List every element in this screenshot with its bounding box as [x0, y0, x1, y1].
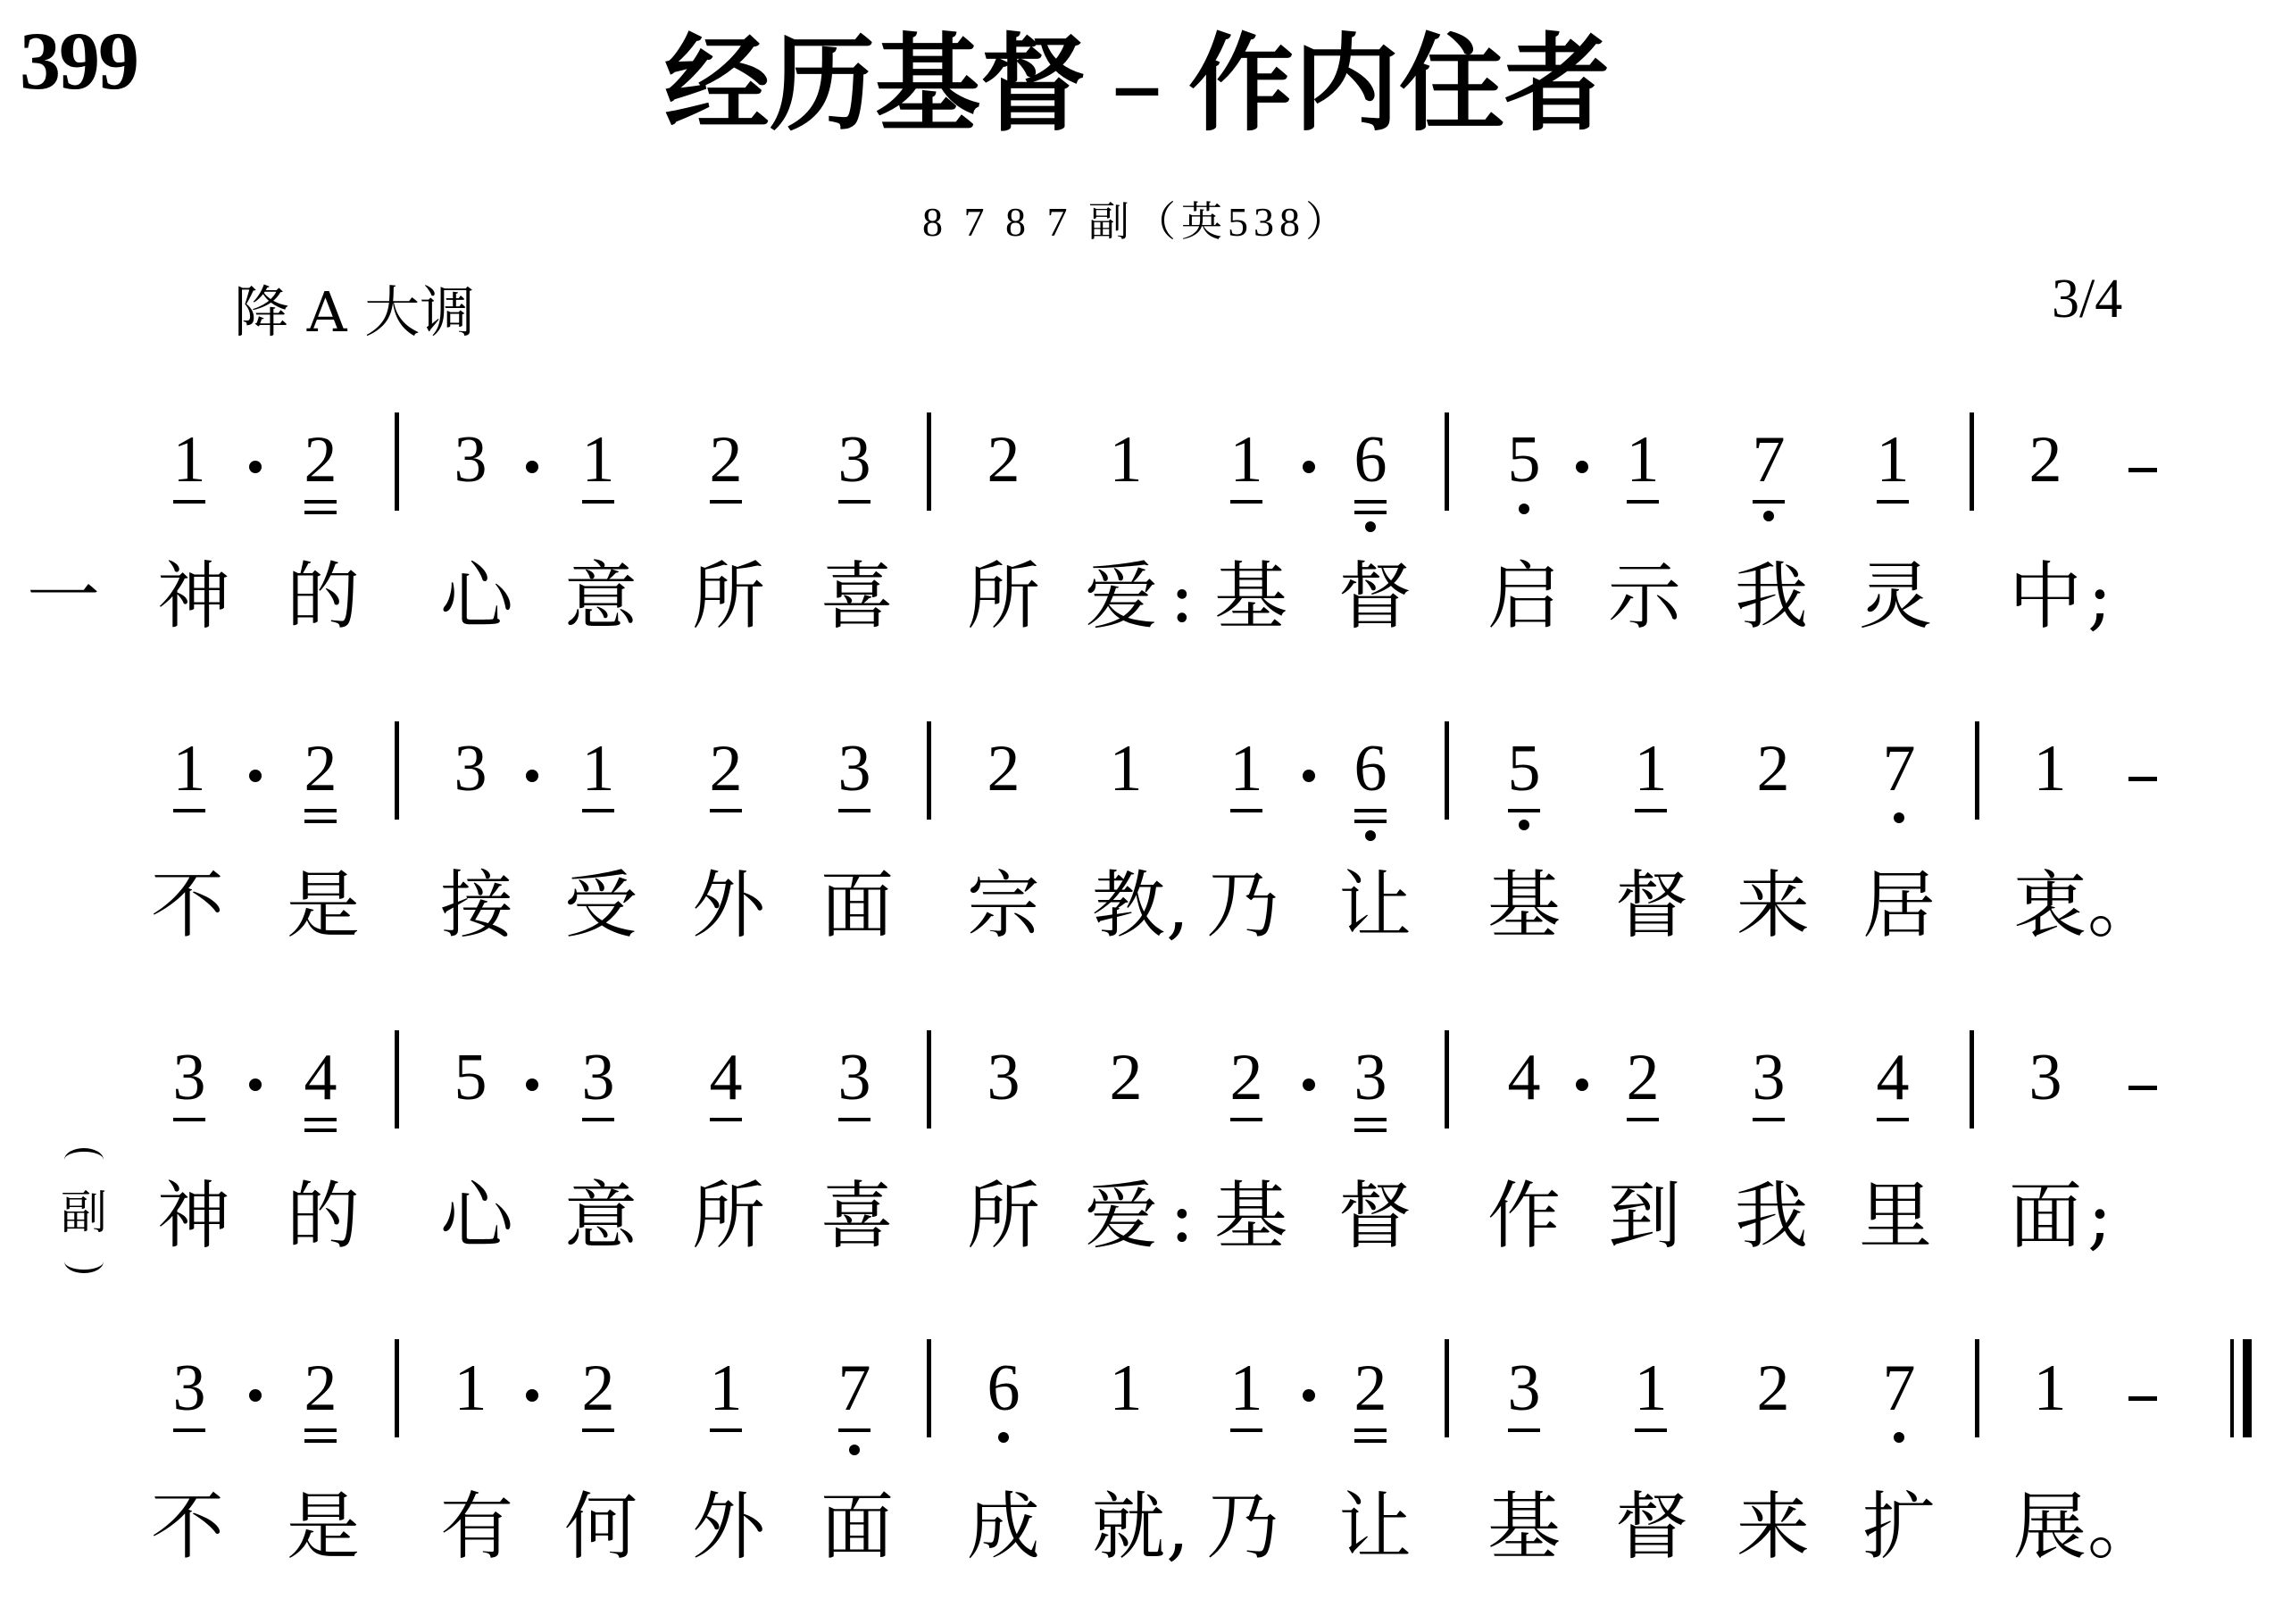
title-dash: – [1111, 22, 1163, 146]
lyric-char: 来 [1728, 1491, 1818, 1564]
note: 2 [285, 427, 356, 493]
lyric-char: 乃 [1198, 1491, 1287, 1564]
augmentation-dot [526, 1079, 538, 1091]
bar-line [927, 1030, 931, 1128]
note: 3 [819, 736, 890, 802]
note: 1 [1615, 736, 1687, 802]
bar-line [1445, 412, 1449, 511]
note: 1 [2014, 736, 2086, 802]
note: 1 [1090, 736, 1162, 802]
lyric-punctuation: , [1166, 1491, 1189, 1564]
lyric-char: 意 [556, 561, 646, 634]
lyric-char: 所 [684, 561, 773, 634]
lyric-char: 扩 [1854, 1491, 1944, 1564]
note: 2 [1607, 1045, 1678, 1111]
lyric-char: 的 [279, 1180, 368, 1253]
lyric-char: 启 [1479, 561, 1569, 634]
lyric-char: 成 [959, 1491, 1048, 1564]
augmentation-dot [526, 770, 538, 782]
lyric-char: 爱 [1077, 561, 1166, 634]
lyric-punctuation: 。 [2087, 870, 2161, 943]
note: 1 [1090, 427, 1162, 493]
note: 1 [690, 1355, 762, 1421]
note: 7 [1863, 1355, 1935, 1421]
lyric-char: 衷 [2005, 870, 2095, 943]
augmentation-dot [1303, 461, 1315, 473]
augmentation-dot [249, 1079, 262, 1091]
lyric-char: 面 [2001, 1180, 2090, 1253]
lyric-char: 基 [1479, 1491, 1569, 1564]
note: 1 [1211, 427, 1282, 493]
note: 2 [1211, 1045, 1282, 1111]
note: 5 [1488, 736, 1560, 802]
note: 3 [2010, 1045, 2081, 1111]
chorus-label: 副 [57, 1148, 111, 1273]
note: 3 [1335, 1045, 1406, 1111]
lyric-char: 督 [1607, 870, 1696, 943]
key-signature: 降 A 大调 [234, 268, 475, 347]
lyric-char: 来 [1728, 870, 1818, 943]
lyric-char: 面 [812, 870, 902, 943]
augmentation-dot [1303, 1389, 1315, 1402]
bar-line [1445, 721, 1449, 820]
bar-line [1445, 1030, 1449, 1128]
lyric-char: 中 [2001, 561, 2090, 634]
lyric-char: 是 [279, 870, 368, 943]
augmentation-dot [249, 1389, 262, 1402]
note: 7 [1863, 736, 1935, 802]
augmentation-dot [249, 461, 262, 473]
bar-line [1975, 721, 1979, 820]
verse-number: 一 [27, 561, 100, 634]
augmentation-dot [249, 770, 262, 782]
augmentation-dot [1303, 1079, 1315, 1091]
lyric-char: 面 [812, 1491, 902, 1564]
sustain-dash [2128, 1396, 2157, 1401]
lyric-char: 的 [279, 561, 368, 634]
augmentation-dot [526, 1389, 538, 1402]
bar-line [1445, 1339, 1449, 1437]
note: 3 [968, 1045, 1039, 1111]
lyric-char: 外 [684, 1491, 773, 1564]
lyric-char: 所 [684, 1180, 773, 1253]
time-signature: 3/4 [2052, 268, 2122, 331]
note: 5 [1488, 427, 1560, 493]
note: 1 [154, 427, 225, 493]
note: 2 [690, 736, 762, 802]
lyric-punctuation: , [1166, 870, 1189, 943]
note: 3 [435, 736, 506, 802]
lyric-char: 到 [1600, 1180, 1689, 1253]
lyric-char: 督 [1330, 1180, 1420, 1253]
note: 3 [154, 1045, 225, 1111]
lyric-char: 是 [279, 1491, 368, 1564]
note: 6 [1335, 736, 1406, 802]
sustain-dash [2128, 777, 2157, 781]
lyric-char: 心 [432, 1180, 521, 1253]
lyric-char: 神 [149, 561, 238, 634]
lyric-char: 展 [2005, 1491, 2095, 1564]
lyric-char: 我 [1727, 561, 1816, 634]
lyric-char: 基 [1206, 1180, 1295, 1253]
title-main: 经历基督 [664, 22, 1086, 146]
lyric-char: 接 [432, 870, 521, 943]
lyric-punctuation: : [1170, 561, 1195, 634]
bar-line [395, 1030, 399, 1128]
note: 1 [154, 736, 225, 802]
note: 1 [2014, 1355, 2086, 1421]
note: 2 [562, 1355, 634, 1421]
bar-line [395, 412, 399, 511]
lyric-char: 居 [1854, 870, 1944, 943]
note: 2 [968, 427, 1039, 493]
note: 3 [819, 427, 890, 493]
lyric-char: 爱 [1077, 1180, 1166, 1253]
sustain-dash [2128, 468, 2157, 472]
bar-line [927, 721, 931, 820]
lyric-char: 喜 [812, 1180, 902, 1253]
augmentation-dot [1576, 1079, 1588, 1091]
note: 2 [968, 736, 1039, 802]
note: 2 [285, 736, 356, 802]
lyric-char: 所 [959, 1180, 1048, 1253]
lyric-char: 有 [432, 1491, 521, 1564]
note: 1 [562, 427, 634, 493]
note: 2 [1737, 736, 1809, 802]
lyric-char: 作 [1479, 1180, 1569, 1253]
lyric-char: 让 [1330, 1491, 1420, 1564]
bar-line [395, 721, 399, 820]
note: 4 [285, 1045, 356, 1111]
lyric-punctuation: : [1170, 1180, 1195, 1253]
note: 1 [1607, 427, 1678, 493]
note: 6 [968, 1355, 1039, 1421]
lyric-char: 不 [143, 1491, 232, 1564]
sustain-dash [2128, 1086, 2157, 1090]
bar-line [1970, 1030, 1974, 1128]
note: 4 [1488, 1045, 1560, 1111]
note: 7 [819, 1355, 890, 1421]
note: 1 [1211, 736, 1282, 802]
note: 4 [690, 1045, 762, 1111]
note: 1 [1857, 427, 1928, 493]
note: 1 [1211, 1355, 1282, 1421]
lyric-char: 宗 [959, 870, 1048, 943]
title-subtitle: 作内住者 [1188, 22, 1610, 146]
note: 3 [154, 1355, 225, 1421]
note: 1 [562, 736, 634, 802]
lyric-char: 灵 [1851, 561, 1940, 634]
note: 4 [1857, 1045, 1928, 1111]
note: 2 [1090, 1045, 1162, 1111]
lyric-char: 意 [556, 1180, 646, 1253]
note: 3 [1733, 1045, 1804, 1111]
note: 6 [1335, 427, 1406, 493]
hymn-title: 经历基督–作内住者 [0, 27, 2274, 143]
augmentation-dot [1303, 770, 1315, 782]
bar-line [1970, 412, 1974, 511]
note: 7 [1733, 427, 1804, 493]
lyric-char: 督 [1330, 561, 1420, 634]
lyric-char: 喜 [812, 561, 902, 634]
note: 5 [435, 1045, 506, 1111]
lyric-char: 里 [1851, 1180, 1940, 1253]
bar-line [395, 1339, 399, 1437]
lyric-char: 示 [1600, 561, 1689, 634]
lyric-punctuation: ; [2087, 1180, 2112, 1253]
lyric-char: 何 [556, 1491, 646, 1564]
bar-line [1975, 1339, 1979, 1437]
lyric-punctuation: ; [2087, 561, 2112, 634]
final-double-bar [2230, 1339, 2255, 1437]
augmentation-dot [1576, 461, 1588, 473]
lyric-char: 乃 [1198, 870, 1287, 943]
lyric-char: 教 [1084, 870, 1173, 943]
note: 3 [819, 1045, 890, 1111]
lyric-char: 外 [684, 870, 773, 943]
note: 1 [1615, 1355, 1687, 1421]
bar-line [927, 1339, 931, 1437]
lyric-char: 基 [1206, 561, 1295, 634]
lyric-punctuation: 。 [2087, 1491, 2161, 1564]
lyric-char: 所 [959, 561, 1048, 634]
note: 3 [562, 1045, 634, 1111]
note: 2 [285, 1355, 356, 1421]
augmentation-dot [526, 461, 538, 473]
note: 2 [2010, 427, 2081, 493]
note: 2 [1335, 1355, 1406, 1421]
lyric-char: 基 [1479, 870, 1569, 943]
meter-line: 8 7 8 7 副（英538） [0, 189, 2274, 248]
note: 1 [1090, 1355, 1162, 1421]
lyric-char: 让 [1330, 870, 1420, 943]
lyric-char: 心 [432, 561, 521, 634]
lyric-char: 就 [1084, 1491, 1173, 1564]
bar-line [927, 412, 931, 511]
lyric-char: 神 [149, 1180, 238, 1253]
lyric-char: 督 [1607, 1491, 1696, 1564]
lyric-char: 受 [556, 870, 646, 943]
note: 2 [690, 427, 762, 493]
lyric-char: 我 [1727, 1180, 1816, 1253]
note: 1 [435, 1355, 506, 1421]
lyric-char: 不 [143, 870, 232, 943]
note: 2 [1737, 1355, 1809, 1421]
note: 3 [435, 427, 506, 493]
note: 3 [1488, 1355, 1560, 1421]
